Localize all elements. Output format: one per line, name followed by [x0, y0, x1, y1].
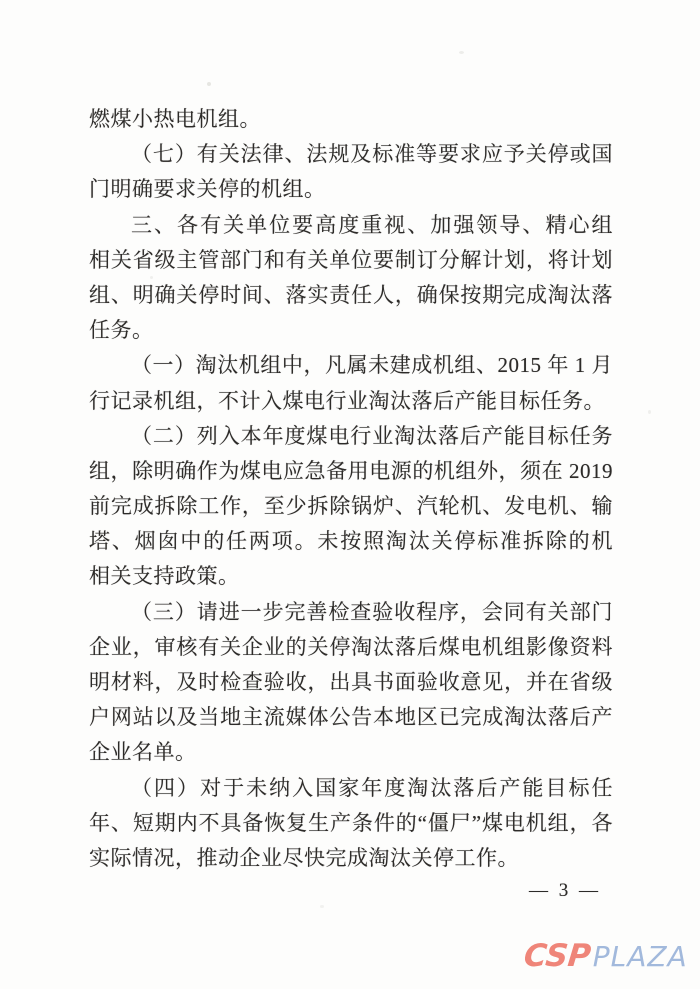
text-line: 年、短期内不具备恢复生产条件的“僵尸”煤电机组，各地要结合 [89, 806, 613, 841]
text-line: 明材料，及时检查验收，出具书面验收意见，并在省级人民政府门 [89, 665, 613, 700]
scanned-document-page: 燃煤小热电机组。 （七）有关法律、法规及标准等要求应予关停或国务院有关部 门明确… [0, 0, 700, 989]
text-line: 燃煤小热电机组。 [89, 102, 613, 137]
text-line: 前完成拆除工作，至少拆除锅炉、汽轮机、发电机、输煤栈桥、冷却 [89, 489, 613, 524]
scan-speckle [459, 51, 464, 54]
scan-speckle [320, 905, 324, 908]
text-line: 户网站以及当地主流媒体公告本地区已完成淘汰落后产能任务的 [89, 700, 613, 735]
text-line: （四）对于未纳入国家年度淘汰落后产能目标任务，已停运多 [89, 771, 613, 806]
text-line: 塔、烟囱中的任两项。未按照淘汰关停标准拆除的机组，不得享受 [89, 524, 613, 559]
plaza-logo-text: PLAZA [593, 940, 688, 973]
text-line: 相关省级主管部门和有关单位要制订分解计划，将计划落实到机 [89, 243, 613, 278]
text-line: 任务。 [89, 313, 613, 348]
text-line: 组，除明确作为煤电应急备用电源的机组外，须在 2019 年 12 月底 [89, 454, 613, 489]
text-line: （七）有关法律、法规及标准等要求应予关停或国务院有关部 [89, 137, 613, 172]
text-line: （二）列入本年度煤电行业淘汰落后产能目标任务的煤电机 [89, 419, 613, 454]
text-line: （一）淘汰机组中，凡属未建成机组、2015 年 1 月 1 日后无运 [89, 348, 613, 383]
text-line: 行记录机组，不计入煤电行业淘汰落后产能目标任务。 [89, 384, 613, 419]
text-line: 企业名单。 [89, 735, 613, 770]
csp-logo-text: CSP [522, 938, 592, 974]
text-line: 组、明确关停时间、落实责任人，确保按期完成淘汰落后产能目标 [89, 278, 613, 313]
cspplaza-watermark: CSPPLAZA [524, 938, 688, 974]
text-line: 实际情况，推动企业尽快完成淘汰关停工作。 [89, 841, 613, 876]
document-body-text: 燃煤小热电机组。 （七）有关法律、法规及标准等要求应予关停或国务院有关部 门明确… [89, 102, 613, 876]
scan-speckle [648, 410, 651, 414]
text-line: 相关支持政策。 [89, 559, 613, 594]
scan-speckle [207, 82, 211, 86]
text-line: 三、各有关单位要高度重视、加强领导、精心组织、认真督查， [89, 208, 613, 243]
text-line: 企业，审核有关企业的关停淘汰落后煤电机组影像资料等相关证 [89, 630, 613, 665]
text-line: （三）请进一步完善检查验收程序，会同有关部门和省级电网 [89, 595, 613, 630]
text-line: 门明确要求关停的机组。 [89, 172, 613, 207]
page-number: — 3 — [515, 876, 615, 906]
